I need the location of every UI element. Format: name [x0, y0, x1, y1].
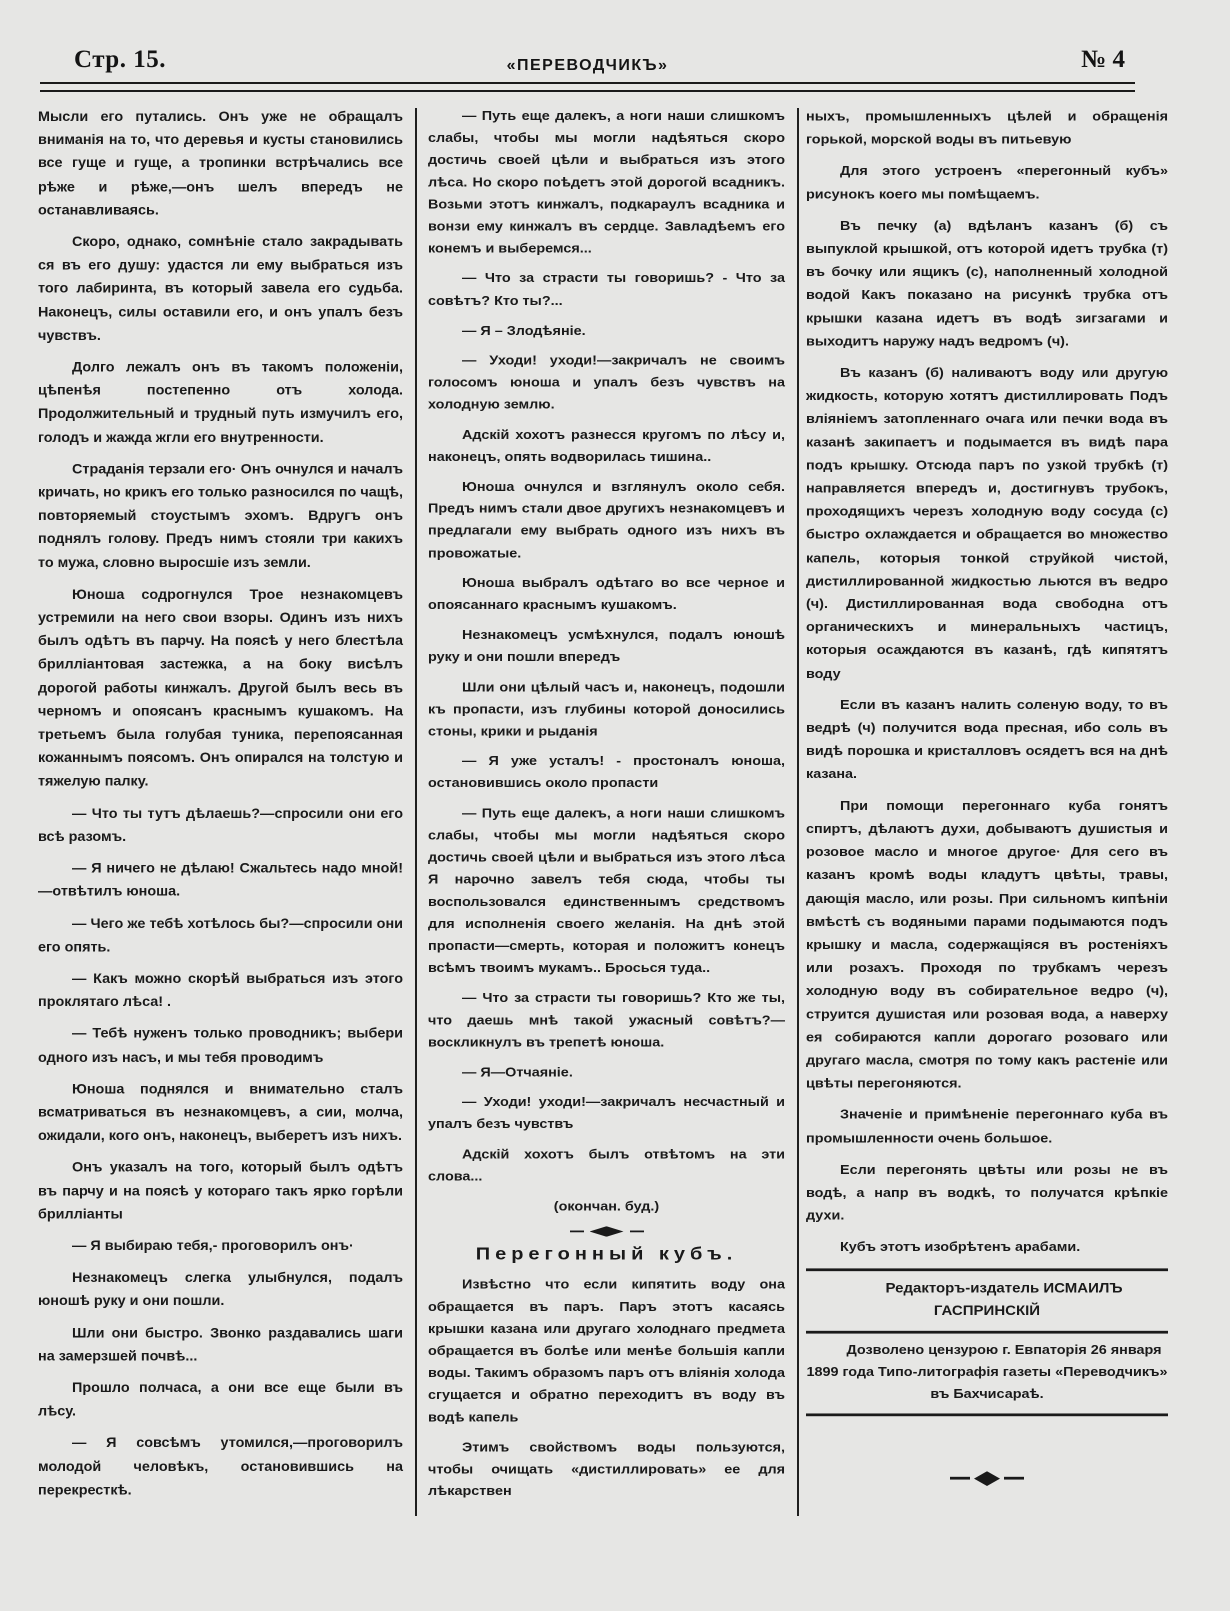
article-body-start: Извѣстно что если кипятить воду она обра… — [428, 1275, 785, 1504]
paragraph: Для этого устроенъ «перегонный кубъ» рис… — [806, 161, 1168, 207]
editor-label: Редакторъ-издатель — [885, 1280, 1039, 1296]
section-divider-ornament — [428, 1226, 785, 1237]
paragraph: Страданія терзали его· Онъ очнулся и нач… — [38, 458, 403, 575]
paragraph: — Я – Злодѣяніе. — [428, 321, 785, 343]
newspaper-title: «ПЕРЕВОДЧИКЪ» — [40, 57, 1135, 75]
paragraph: — Я—Отчаяніе. — [428, 1062, 785, 1084]
ornament-dash — [950, 1477, 970, 1480]
paragraph: Скоро, однако, сомнѣніе стало закрадыват… — [38, 231, 403, 348]
issue-number: № 4 — [1081, 46, 1125, 74]
paragraph: Въ печку (а) вдѣланъ казанъ (б) съ выпук… — [806, 215, 1168, 354]
paragraph: Извѣстно что если кипятить воду она обра… — [428, 1275, 785, 1430]
paragraph: — Что за страсти ты говоришь? Кто же ты,… — [428, 988, 785, 1054]
column-divider-right — [797, 108, 799, 1516]
paragraph: Въ казанъ (б) наливаютъ воду или другую … — [806, 362, 1168, 686]
paragraph: Этимъ свойствомъ воды пользуются, чтобы … — [428, 1437, 785, 1503]
paragraph: — Тебѣ нуженъ только проводникъ; выбери … — [38, 1023, 403, 1070]
story-continuation: — Путь еще далекъ, а ноги наши слишкомъ … — [428, 106, 785, 1188]
paragraph: ныхъ, промышленныхъ цѣлей и обращенія го… — [806, 106, 1168, 152]
paragraph: Юноша содрогнулся Трое незнакомцевъ устр… — [38, 584, 403, 794]
continuation-note: (окончан. буд.) — [428, 1196, 785, 1218]
article-body-continued: ныхъ, промышленныхъ цѣлей и обращенія го… — [806, 106, 1168, 1260]
paragraph: Кубъ этотъ изобрѣтенъ арабами. — [806, 1237, 1168, 1260]
paragraph: Адскій хохотъ разнесся кругомъ по лѣсу и… — [428, 425, 785, 469]
paragraph: Незнакомецъ усмѣхнулся, подалъ юношѣ рук… — [428, 625, 785, 669]
paragraph: — Уходи! уходи!—закричалъ не своимъ голо… — [428, 351, 785, 417]
imprint-editor: Редакторъ-издатель ИСМАИЛЪ ГАСПРИНСКІЙ — [806, 1276, 1168, 1322]
paragraph: — Какъ можно скорѣй выбраться изъ этого … — [38, 968, 403, 1015]
ornament-dash — [570, 1231, 584, 1233]
paragraph: — Я совсѣмъ утомился,—проговорилъ молодо… — [38, 1432, 403, 1502]
paragraph: Онъ указалъ на того, который былъ одѣтъ … — [38, 1157, 403, 1227]
ornament-dash — [1004, 1477, 1024, 1480]
right-column: ныхъ, промышленныхъ цѣлей и обращенія го… — [806, 106, 1168, 1486]
column-divider-left — [415, 108, 417, 1516]
paragraph: — Уходи! уходи!—закричалъ несчастный и у… — [428, 1092, 785, 1136]
paragraph: — Что за страсти ты говоришь? - Что за с… — [428, 269, 785, 313]
imprint-rule-middle — [806, 1331, 1168, 1334]
paragraph: Юноша поднялся и внимательно сталъ всмат… — [38, 1078, 403, 1148]
censorship-note: Дозволено цензурою г. Евпаторія 26 январ… — [806, 1339, 1168, 1405]
paragraph: При помощи перегоннаго куба гонятъ спирт… — [806, 795, 1168, 1096]
diamond-ornament-icon — [590, 1226, 624, 1237]
paragraph: Если въ казанъ налить соленую воду, то в… — [806, 694, 1168, 787]
paragraph: Незнакомецъ слегка улыбнулся, подалъ юно… — [38, 1267, 403, 1314]
paragraph: Если перегонять цвѣты или розы не въ вод… — [806, 1159, 1168, 1228]
header-rule-top — [40, 82, 1135, 84]
paragraph: Юноша выбралъ одѣтаго во все черное и оп… — [428, 573, 785, 617]
paragraph: — Что ты тутъ дѣлаешь?—спросили они его … — [38, 803, 403, 850]
paragraph: Юноша очнулся и взглянулъ около себя. Пр… — [428, 477, 785, 565]
paragraph: — Я уже усталъ! - простоналъ юноша, оста… — [428, 751, 785, 795]
header-rule-bottom — [40, 90, 1135, 92]
left-column-story: Мысли его путались. Онъ уже не обращалъ … — [38, 106, 403, 1511]
paragraph: — Путь еще далекъ, а ноги наши слишкомъ … — [428, 803, 785, 980]
paragraph: Мысли его путались. Онъ уже не обращалъ … — [38, 106, 403, 223]
paragraph: Долго лежалъ онъ въ такомъ положеніи, цѣ… — [38, 357, 403, 451]
paragraph: Шли они цѣлый часъ и, наконецъ, подошли … — [428, 677, 785, 743]
imprint-rule-bottom — [806, 1413, 1168, 1416]
paragraph: Прошло полчаса, а они все еще были въ лѣ… — [38, 1377, 403, 1424]
paragraph: — Путь еще далекъ, а ноги наши слишкомъ … — [428, 106, 785, 261]
diamond-ornament-icon — [974, 1471, 1000, 1486]
paragraph: — Я выбираю тебя,- проговорилъ онъ· — [38, 1235, 403, 1258]
ornament-dash — [630, 1231, 644, 1233]
paragraph: — Я ничего не дѣлаю! Сжальтесь надо мной… — [38, 858, 403, 905]
paragraph: Значеніе и примѣненіе перегоннаго куба в… — [806, 1104, 1168, 1150]
paragraph: — Чего же тебѣ хотѣлось бы?—спросили они… — [38, 913, 403, 960]
end-ornament — [806, 1471, 1168, 1486]
paragraph: Шли они быстро. Звонко раздавались шаги … — [38, 1322, 403, 1369]
paragraph: Адскій хохотъ былъ отвѣтомъ на эти слова… — [428, 1144, 785, 1188]
article-title: Перегонный кубъ. — [428, 1244, 785, 1266]
imprint-rule-top — [806, 1268, 1168, 1271]
middle-column: — Путь еще далекъ, а ноги наши слишкомъ … — [428, 106, 785, 1511]
page-header: Стр. 15. «ПЕРЕВОДЧИКЪ» № 4 — [40, 40, 1135, 80]
